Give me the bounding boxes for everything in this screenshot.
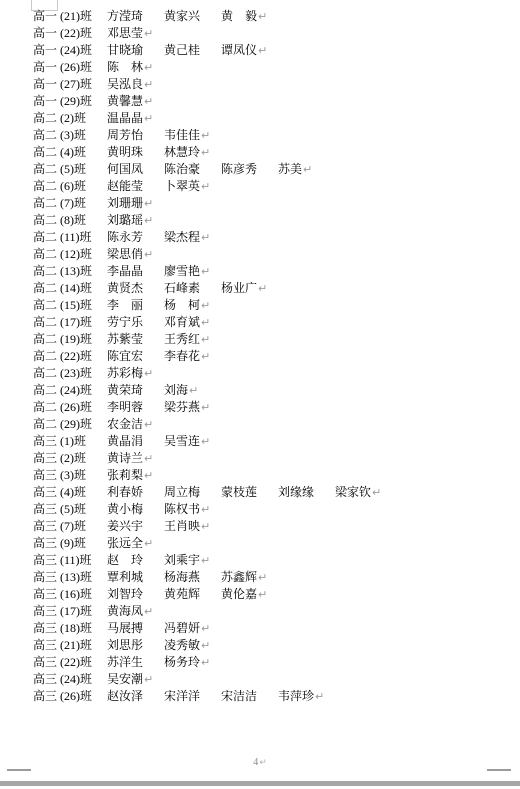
paragraph-mark-icon: ↵ xyxy=(144,673,153,686)
class-label: 高二 (23)班 xyxy=(33,365,107,382)
roster-row: 高三 (4)班利春娇周立梅蒙枝莲刘缘缘梁家钦↵ xyxy=(33,484,381,501)
student-name: 苏彩梅 xyxy=(107,366,143,380)
paragraph-mark-icon: ↵ xyxy=(201,350,210,363)
student-name: 苏洋生 xyxy=(107,654,164,671)
class-label: 高三 (7)班 xyxy=(33,518,107,535)
class-label: 高二 (4)班 xyxy=(33,144,107,161)
student-name: 刘缘缘 xyxy=(278,484,335,501)
roster-row: 高二 (15)班李 丽杨 柯↵ xyxy=(33,297,381,314)
paragraph-mark-icon: ↵ xyxy=(201,333,210,346)
paragraph-mark-icon: ↵ xyxy=(315,690,324,703)
student-name: 陈治豪 xyxy=(164,161,221,178)
paragraph-mark-icon: ↵ xyxy=(144,112,153,125)
class-label: 高三 (16)班 xyxy=(33,586,107,603)
student-name: 宋洋洋 xyxy=(164,688,221,705)
class-label: 高一 (21)班 xyxy=(33,8,107,25)
class-label: 高三 (11)班 xyxy=(33,552,107,569)
class-label: 高三 (13)班 xyxy=(33,569,107,586)
student-name: 方滢琦 xyxy=(107,8,164,25)
student-name: 王秀红 xyxy=(164,332,200,346)
class-label: 高二 (6)班 xyxy=(33,178,107,195)
class-label: 高二 (12)班 xyxy=(33,246,107,263)
student-name: 陈权书 xyxy=(164,502,200,516)
student-name: 林慧玲 xyxy=(164,145,200,159)
roster-row: 高二 (14)班黄贤杰石峰素杨业广↵ xyxy=(33,280,381,297)
paragraph-mark-icon: ↵ xyxy=(144,197,153,210)
roster-row: 高三 (24)班吴安潮↵ xyxy=(33,671,381,688)
student-name: 赵汝泽 xyxy=(107,688,164,705)
roster-row: 高一 (22)班邓思莹↵ xyxy=(33,25,381,42)
student-name: 吴雪连 xyxy=(164,434,200,448)
paragraph-mark-icon: ↵ xyxy=(144,61,153,74)
class-label: 高三 (24)班 xyxy=(33,671,107,688)
student-name: 苏美 xyxy=(278,162,302,176)
class-label: 高二 (13)班 xyxy=(33,263,107,280)
paragraph-mark-icon: ↵ xyxy=(201,146,210,159)
student-name: 梁芬燕 xyxy=(164,400,200,414)
page-footer: 4↵ xyxy=(0,755,520,771)
student-name: 周立梅 xyxy=(164,484,221,501)
roster-row: 高三 (13)班覃利城杨海燕苏鑫辉↵ xyxy=(33,569,381,586)
class-label: 高二 (22)班 xyxy=(33,348,107,365)
class-label: 高二 (17)班 xyxy=(33,314,107,331)
student-name: 苏鑫辉 xyxy=(221,570,257,584)
roster-row: 高二 (3)班周芳怡韦佳佳↵ xyxy=(33,127,381,144)
student-name: 甘晓瑜 xyxy=(107,42,164,59)
paragraph-mark-icon: ↵ xyxy=(189,384,198,397)
student-name: 李明蓉 xyxy=(107,399,164,416)
roster-row: 高二 (6)班赵能莹卜翠英↵ xyxy=(33,178,381,195)
class-label: 高三 (4)班 xyxy=(33,484,107,501)
paragraph-mark-icon: ↵ xyxy=(201,520,210,533)
paragraph-mark-icon: ↵ xyxy=(201,299,210,312)
student-name: 杨务玲 xyxy=(164,655,200,669)
student-name: 张远全 xyxy=(107,536,143,550)
class-label: 高二 (8)班 xyxy=(33,212,107,229)
student-name: 覃利城 xyxy=(107,569,164,586)
roster-row: 高二 (5)班何国凤陈治豪陈彦秀苏美↵ xyxy=(33,161,381,178)
student-name: 杨海燕 xyxy=(164,569,221,586)
paragraph-mark-icon: ↵ xyxy=(303,163,312,176)
student-name: 吴安潮 xyxy=(107,672,143,686)
paragraph-mark-icon: ↵ xyxy=(144,418,153,431)
student-name: 农金洁 xyxy=(107,417,143,431)
paragraph-mark-icon: ↵ xyxy=(144,452,153,465)
paragraph-mark-icon: ↵ xyxy=(201,435,210,448)
paragraph-mark-icon: ↵ xyxy=(201,656,210,669)
student-name: 黄贤杰 xyxy=(107,280,164,297)
student-name: 谭凤仪 xyxy=(221,43,257,57)
roster-row: 高二 (29)班农金洁↵ xyxy=(33,416,381,433)
student-name: 利春娇 xyxy=(107,484,164,501)
roster-row: 高二 (26)班李明蓉梁芬燕↵ xyxy=(33,399,381,416)
roster-row: 高三 (2)班黄诗兰↵ xyxy=(33,450,381,467)
student-name: 石峰素 xyxy=(164,280,221,297)
paragraph-mark-icon: ↵ xyxy=(144,214,153,227)
class-label: 高三 (9)班 xyxy=(33,535,107,552)
roster-row: 高二 (12)班梁思俏↵ xyxy=(33,246,381,263)
class-label: 高二 (5)班 xyxy=(33,161,107,178)
page-number: 4 xyxy=(253,757,258,768)
roster-row: 高二 (4)班黄明珠林慧玲↵ xyxy=(33,144,381,161)
paragraph-mark-icon: ↵ xyxy=(201,180,210,193)
roster-row: 高二 (19)班苏紫莹王秀红↵ xyxy=(33,331,381,348)
paragraph-mark-icon: ↵ xyxy=(144,95,153,108)
student-name: 刘智玲 xyxy=(107,586,164,603)
roster-row: 高二 (13)班李晶晶廖雪艳↵ xyxy=(33,263,381,280)
student-name: 黄荣琦 xyxy=(107,382,164,399)
paragraph-mark-icon: ↵ xyxy=(144,248,153,261)
roster-row: 高二 (24)班黄荣琦刘海↵ xyxy=(33,382,381,399)
paragraph-mark-icon: ↵ xyxy=(201,401,210,414)
paragraph-mark-icon: ↵ xyxy=(258,282,267,295)
student-name: 黄诗兰 xyxy=(107,451,143,465)
student-name: 张莉梨 xyxy=(107,468,143,482)
paragraph-mark-icon: ↵ xyxy=(201,129,210,142)
roster-row: 高一 (29)班黄馨慧↵ xyxy=(33,93,381,110)
class-label: 高三 (17)班 xyxy=(33,603,107,620)
class-label: 高一 (26)班 xyxy=(33,59,107,76)
student-name: 刘思彤 xyxy=(107,637,164,654)
student-name: 陈 林 xyxy=(107,60,143,74)
student-name: 陈永芳 xyxy=(107,229,164,246)
roster-row: 高一 (24)班甘晓瑜黄己桂谭凤仪↵ xyxy=(33,42,381,59)
paragraph-mark-icon: ↵ xyxy=(144,367,153,380)
class-label: 高一 (22)班 xyxy=(33,25,107,42)
student-name: 黄 毅 xyxy=(221,9,257,23)
paragraph-mark-icon: ↵ xyxy=(144,605,153,618)
student-name: 廖雪艳 xyxy=(164,264,200,278)
student-name: 黄海凤 xyxy=(107,604,143,618)
class-label: 高三 (26)班 xyxy=(33,688,107,705)
student-name: 韦佳佳 xyxy=(164,128,200,142)
class-label: 高一 (29)班 xyxy=(33,93,107,110)
student-name: 刘乘宇 xyxy=(164,553,200,567)
student-name: 黄家兴 xyxy=(164,8,221,25)
student-name: 宋洁洁 xyxy=(221,688,278,705)
paragraph-mark-icon: ↵ xyxy=(201,639,210,652)
roster-row: 高一 (27)班吴泓良↵ xyxy=(33,76,381,93)
roster-row: 高二 (2)班温晶晶↵ xyxy=(33,110,381,127)
student-name: 凌秀敏 xyxy=(164,638,200,652)
page-bottom-edge xyxy=(0,781,520,786)
class-label: 高二 (3)班 xyxy=(33,127,107,144)
roster-row: 高二 (22)班陈宜宏李春花↵ xyxy=(33,348,381,365)
class-label: 高二 (14)班 xyxy=(33,280,107,297)
student-name: 劳宁乐 xyxy=(107,314,164,331)
student-name: 黄明珠 xyxy=(107,144,164,161)
student-name: 蒙枝莲 xyxy=(221,484,278,501)
student-name: 李 丽 xyxy=(107,297,164,314)
roster-row: 高二 (17)班劳宁乐邓育斌↵ xyxy=(33,314,381,331)
class-label: 高一 (24)班 xyxy=(33,42,107,59)
class-label: 高三 (18)班 xyxy=(33,620,107,637)
student-name: 苏紫莹 xyxy=(107,331,164,348)
paragraph-mark-icon: ↵ xyxy=(144,469,153,482)
student-name: 梁家钦 xyxy=(335,485,371,499)
document-page: 高一 (21)班方滢琦黄家兴黄 毅↵高一 (22)班邓思莹↵高一 (24)班甘晓… xyxy=(0,0,520,789)
student-name: 何国凤 xyxy=(107,161,164,178)
paragraph-mark-icon: ↵ xyxy=(201,554,210,567)
student-name: 黄馨慧 xyxy=(107,94,143,108)
roster-row: 高二 (23)班苏彩梅↵ xyxy=(33,365,381,382)
paragraph-mark-icon: ↵ xyxy=(144,537,153,550)
student-name: 邓思莹 xyxy=(107,26,143,40)
class-label: 高二 (7)班 xyxy=(33,195,107,212)
paragraph-mark-icon: ↵ xyxy=(201,622,210,635)
paragraph-mark-icon: ↵ xyxy=(258,10,267,23)
roster-row: 高三 (17)班黄海凤↵ xyxy=(33,603,381,620)
class-label: 高三 (5)班 xyxy=(33,501,107,518)
student-name: 黄小梅 xyxy=(107,501,164,518)
roster-row: 高三 (1)班黄晶涓吴雪连↵ xyxy=(33,433,381,450)
student-name: 李春花 xyxy=(164,349,200,363)
roster-row: 高一 (21)班方滢琦黄家兴黄 毅↵ xyxy=(33,8,381,25)
class-label: 高二 (2)班 xyxy=(33,110,107,127)
paragraph-mark-icon: ↵ xyxy=(258,44,267,57)
class-label: 高三 (22)班 xyxy=(33,654,107,671)
student-name: 吴泓良 xyxy=(107,77,143,91)
roster-row: 高三 (21)班刘思彤凌秀敏↵ xyxy=(33,637,381,654)
roster-row: 高二 (11)班陈永芳梁杰程↵ xyxy=(33,229,381,246)
paragraph-mark-icon: ↵ xyxy=(372,486,381,499)
roster-row: 高三 (11)班赵 玲刘乘宇↵ xyxy=(33,552,381,569)
roster-row: 高二 (8)班刘璐瑶↵ xyxy=(33,212,381,229)
class-label: 高二 (29)班 xyxy=(33,416,107,433)
roster-row: 高三 (7)班姜兴宇王肖映↵ xyxy=(33,518,381,535)
student-name: 周芳怡 xyxy=(107,127,164,144)
student-name: 陈宜宏 xyxy=(107,348,164,365)
student-name: 赵能莹 xyxy=(107,178,164,195)
roster-row: 高三 (9)班张远全↵ xyxy=(33,535,381,552)
paragraph-mark-icon: ↵ xyxy=(259,758,267,768)
student-name: 梁杰程 xyxy=(164,230,200,244)
student-name: 杨业广 xyxy=(221,281,257,295)
class-label: 高二 (11)班 xyxy=(33,229,107,246)
roster-row: 高三 (5)班黄小梅陈权书↵ xyxy=(33,501,381,518)
student-name: 黄己桂 xyxy=(164,42,221,59)
student-name: 姜兴宇 xyxy=(107,518,164,535)
student-name: 马展搏 xyxy=(107,620,164,637)
roster-row: 高三 (16)班刘智玲黄苑辉黄伦嘉↵ xyxy=(33,586,381,603)
roster-row: 高二 (7)班刘珊珊↵ xyxy=(33,195,381,212)
paragraph-mark-icon: ↵ xyxy=(201,265,210,278)
student-name: 赵 玲 xyxy=(107,552,164,569)
roster-row: 高一 (26)班陈 林↵ xyxy=(33,59,381,76)
class-label: 高二 (15)班 xyxy=(33,297,107,314)
student-name: 温晶晶 xyxy=(107,111,143,125)
roster-row: 高三 (3)班张莉梨↵ xyxy=(33,467,381,484)
paragraph-mark-icon: ↵ xyxy=(258,571,267,584)
student-name: 杨 柯 xyxy=(164,298,200,312)
student-name: 黄苑辉 xyxy=(164,586,221,603)
paragraph-mark-icon: ↵ xyxy=(201,231,210,244)
student-name: 李晶晶 xyxy=(107,263,164,280)
student-name: 刘璐瑶 xyxy=(107,213,143,227)
class-label: 高三 (21)班 xyxy=(33,637,107,654)
student-name: 邓育斌 xyxy=(164,315,200,329)
paragraph-mark-icon: ↵ xyxy=(144,27,153,40)
class-label: 高三 (1)班 xyxy=(33,433,107,450)
paragraph-mark-icon: ↵ xyxy=(201,503,210,516)
class-label: 高三 (3)班 xyxy=(33,467,107,484)
student-name: 刘珊珊 xyxy=(107,196,143,210)
student-name: 王肖映 xyxy=(164,519,200,533)
student-name: 冯碧妍 xyxy=(164,621,200,635)
student-name: 黄晶涓 xyxy=(107,433,164,450)
class-label: 高三 (2)班 xyxy=(33,450,107,467)
class-label: 高二 (24)班 xyxy=(33,382,107,399)
paragraph-mark-icon: ↵ xyxy=(258,588,267,601)
roster-row: 高三 (26)班赵汝泽宋洋洋宋洁洁韦萍珍↵ xyxy=(33,688,381,705)
class-label: 高二 (19)班 xyxy=(33,331,107,348)
roster-row: 高三 (18)班马展搏冯碧妍↵ xyxy=(33,620,381,637)
student-name: 刘海 xyxy=(164,383,188,397)
class-label: 高二 (26)班 xyxy=(33,399,107,416)
student-name: 梁思俏 xyxy=(107,247,143,261)
student-name: 韦萍珍 xyxy=(278,689,314,703)
paragraph-mark-icon: ↵ xyxy=(144,78,153,91)
roster-list: 高一 (21)班方滢琦黄家兴黄 毅↵高一 (22)班邓思莹↵高一 (24)班甘晓… xyxy=(33,8,381,705)
student-name: 卜翠英 xyxy=(164,179,200,193)
student-name: 黄伦嘉 xyxy=(221,587,257,601)
paragraph-mark-icon: ↵ xyxy=(201,316,210,329)
student-name: 陈彦秀 xyxy=(221,161,278,178)
class-label: 高一 (27)班 xyxy=(33,76,107,93)
roster-row: 高三 (22)班苏洋生杨务玲↵ xyxy=(33,654,381,671)
